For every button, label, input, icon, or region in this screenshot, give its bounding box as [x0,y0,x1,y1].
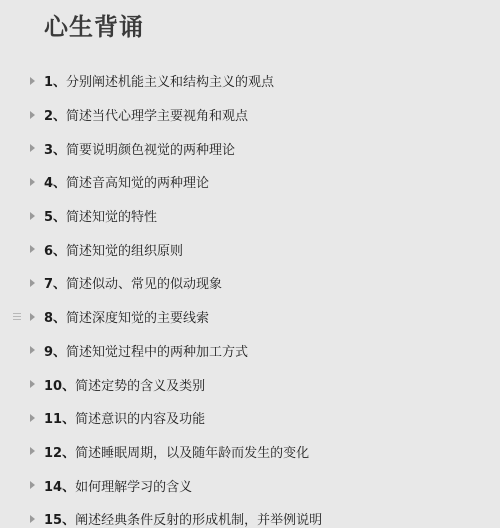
outline-item-label: 8、简述深度知觉的主要线索 [44,307,209,326]
outline-item-label: 9、简述知觉过程中的两种加工方式 [44,341,248,360]
outline-item[interactable]: 2、简述当代心理学主要视角和观点 [0,98,500,132]
outline-item[interactable]: 7、简述似动、常见的似动现象 [0,266,500,300]
expand-caret-icon[interactable] [30,380,35,388]
drag-handle-icon[interactable] [13,313,21,320]
outline-item-label: 6、简述知觉的组织原则 [44,240,183,259]
outline-item-label: 15、阐述经典条件反射的形成机制，并举例说明 [44,509,322,528]
document-page: 心生背诵 1、分别阐述机能主义和结构主义的观点 2、简述当代心理学主要视角和观点… [0,0,500,528]
outline-item[interactable]: 9、简述知觉过程中的两种加工方式 [0,334,500,368]
outline-item[interactable]: 6、简述知觉的组织原则 [0,232,500,266]
expand-caret-icon[interactable] [30,212,35,220]
outline-item-label: 11、简述意识的内容及功能 [44,408,205,427]
expand-caret-icon[interactable] [30,481,35,489]
outline-item-label: 10、简述定势的含义及类别 [44,375,205,394]
expand-caret-icon[interactable] [30,77,35,85]
outline-item-label: 12、简述睡眠周期，以及随年龄而发生的变化 [44,442,309,461]
outline-item-hovered[interactable]: 8、简述深度知觉的主要线索 [0,300,500,334]
outline-item[interactable]: 12、简述睡眠周期，以及随年龄而发生的变化 [0,435,500,469]
outline-item[interactable]: 11、简述意识的内容及功能 [0,401,500,435]
outline-item-label: 2、简述当代心理学主要视角和观点 [44,105,248,124]
expand-caret-icon[interactable] [30,414,35,422]
expand-caret-icon[interactable] [30,144,35,152]
expand-caret-icon[interactable] [30,313,35,321]
outline-item-label: 1、分别阐述机能主义和结构主义的观点 [44,71,274,90]
outline-item[interactable]: 1、分别阐述机能主义和结构主义的观点 [0,64,500,98]
expand-caret-icon[interactable] [30,346,35,354]
outline-item[interactable]: 4、简述音高知觉的两种理论 [0,165,500,199]
outline-item-label: 5、简述知觉的特性 [44,206,157,225]
outline-item[interactable]: 15、阐述经典条件反射的形成机制，并举例说明 [0,502,500,528]
expand-caret-icon[interactable] [30,178,35,186]
expand-caret-icon[interactable] [30,447,35,455]
outline-item[interactable]: 14、如何理解学习的含义 [0,468,500,502]
expand-caret-icon[interactable] [30,245,35,253]
outline-item[interactable]: 5、简述知觉的特性 [0,199,500,233]
outline-item[interactable]: 3、简要说明颜色视觉的两种理论 [0,131,500,165]
outline-item-label: 7、简述似动、常见的似动现象 [44,273,222,292]
outline-item-label: 4、简述音高知觉的两种理论 [44,172,209,191]
expand-caret-icon[interactable] [30,111,35,119]
page-title: 心生背诵 [44,10,144,44]
outline-item-label: 3、简要说明颜色视觉的两种理论 [44,139,235,158]
outline-item-label: 14、如何理解学习的含义 [44,476,192,495]
expand-caret-icon[interactable] [30,279,35,287]
expand-caret-icon[interactable] [30,515,35,523]
outline-item[interactable]: 10、简述定势的含义及类别 [0,367,500,401]
outline-list: 1、分别阐述机能主义和结构主义的观点 2、简述当代心理学主要视角和观点 3、简要… [0,64,500,528]
